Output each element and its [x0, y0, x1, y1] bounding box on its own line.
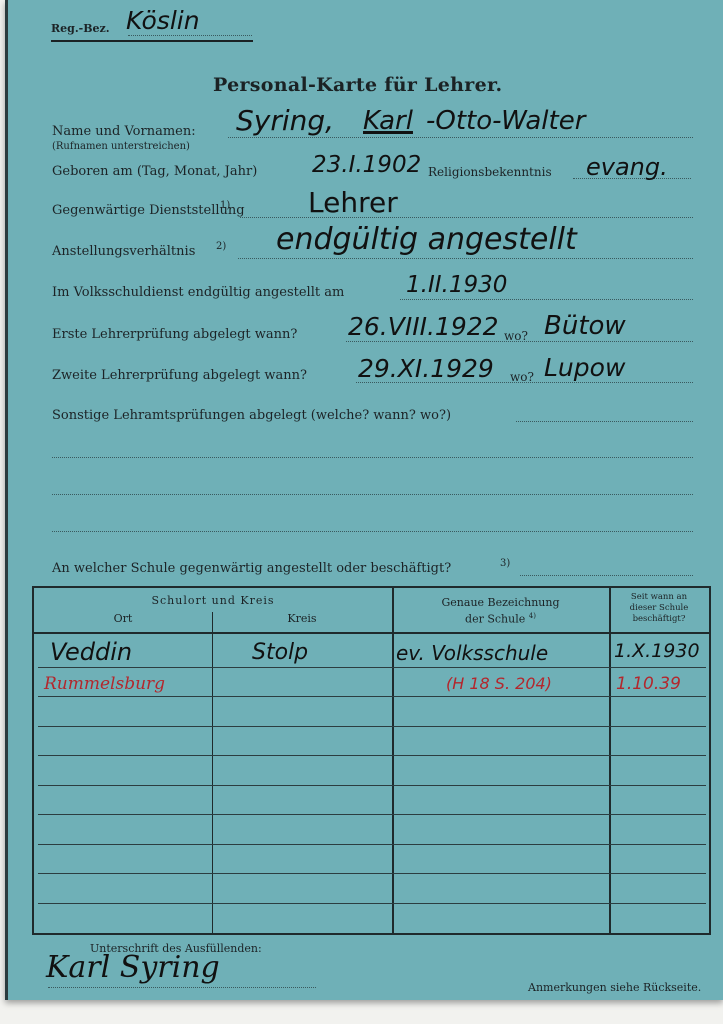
row1-kreis: Stolp — [252, 640, 308, 665]
header-kreis: Kreis — [212, 612, 392, 625]
reg-bez-underline — [51, 40, 253, 42]
header-bezeichnung-1: Genaue Bezeichnung — [392, 596, 609, 609]
header-seit-1: Seit wann an — [609, 592, 709, 603]
row2-schule: (H 18 S. 204) — [446, 674, 552, 693]
other-exams-dotted-line-2 — [52, 457, 693, 458]
header-seit-3: beschäftigt? — [609, 614, 709, 625]
row-rule — [38, 873, 706, 874]
col-divider-schule — [392, 588, 394, 933]
school-question-note: 3) — [500, 558, 510, 569]
school-question: An welcher Schule gegenwärtig angestellt… — [52, 561, 451, 576]
header-schulort-kreis: Schulort und Kreis — [34, 594, 392, 607]
second-exam-date: 29.XI.1929 — [358, 354, 494, 383]
second-exam-label: Zweite Lehrerprüfung abgelegt wann? — [52, 368, 307, 383]
employment-note: 2) — [216, 241, 226, 252]
row-rule — [38, 696, 706, 697]
school-table: Schulort und Kreis Ort Kreis Genaue Beze… — [32, 586, 711, 935]
row-rule — [38, 755, 706, 756]
religion-label: Religionsbekenntnis — [428, 165, 552, 179]
born-value: 23.I.1902 — [312, 152, 421, 178]
header-bottom-rule — [34, 632, 709, 634]
signature: Karl Syring — [46, 950, 220, 985]
reg-bez-dotted-line — [128, 35, 252, 36]
other-exams-dotted-line-1 — [516, 421, 693, 422]
col-divider-seit — [609, 588, 611, 933]
row2-ort: Rummelsburg — [44, 674, 165, 694]
first-exam-where-label: wo? — [504, 329, 528, 343]
religion-value: evang. — [586, 153, 668, 181]
row1-schule: ev. Volksschule — [396, 641, 548, 665]
col-divider-kreis — [212, 612, 213, 933]
employment-label: Anstellungsverhältnis — [52, 244, 195, 259]
other-exams-dotted-line-3 — [52, 494, 693, 495]
header-ort: Ort — [34, 612, 212, 625]
personnel-card: Reg.-Bez. Köslin Personal-Karte für Lehr… — [5, 0, 723, 1000]
reg-bez-value: Köslin — [126, 6, 200, 35]
row-rule — [38, 785, 706, 786]
other-exams-label: Sonstige Lehramtsprüfungen abgelegt (wel… — [52, 408, 451, 423]
position-label: Gegenwärtige Dienststellung — [52, 203, 245, 218]
first-name-underlined: Karl — [363, 106, 413, 136]
school-question-dotted-line — [520, 575, 693, 576]
row-rule — [38, 844, 706, 845]
row-rule — [38, 726, 706, 727]
position-value: Lehrer — [308, 186, 398, 219]
permanent-dotted-line — [400, 299, 693, 300]
first-exam-date: 26.VIII.1922 — [348, 312, 499, 341]
employment-dotted-line — [238, 258, 693, 259]
reg-bez-label: Reg.-Bez. — [51, 22, 110, 35]
first-exam-where: Bütow — [544, 311, 626, 341]
name-label: Name und Vornamen: — [52, 124, 196, 139]
permanent-value: 1.II.1930 — [406, 272, 507, 298]
remarks-note: Anmerkungen siehe Rückseite. — [528, 981, 701, 994]
row-rule — [38, 667, 706, 668]
page-title: Personal-Karte für Lehrer. — [213, 74, 502, 96]
name-sub-label: (Rufnamen unterstreichen) — [52, 141, 190, 152]
signature-dotted-line — [48, 987, 316, 988]
header-seit-2: dieser Schule — [609, 603, 709, 614]
other-exams-dotted-line-4 — [52, 531, 693, 532]
employment-value: endgültig angestellt — [276, 222, 577, 257]
row-rule — [38, 903, 706, 904]
header-bezeichnung-2: der Schule 4) — [392, 610, 609, 626]
second-exam-where: Lupow — [544, 353, 625, 382]
surname-value: Syring, — [236, 104, 334, 137]
first-name-rest: -Otto-Walter — [426, 106, 585, 136]
row1-seit: 1.X.1930 — [614, 640, 700, 662]
permanent-label: Im Volksschuldienst endgültig angestellt… — [52, 285, 344, 300]
row-rule — [38, 814, 706, 815]
name-dotted-line — [228, 137, 693, 138]
second-exam-where-label: wo? — [510, 370, 534, 384]
first-exam-label: Erste Lehrerprüfung abgelegt wann? — [52, 327, 297, 342]
row1-ort: Veddin — [50, 638, 132, 666]
born-label: Geboren am (Tag, Monat, Jahr) — [52, 164, 257, 179]
row2-seit: 1.10.39 — [616, 674, 681, 694]
position-note: 1) — [220, 200, 230, 211]
